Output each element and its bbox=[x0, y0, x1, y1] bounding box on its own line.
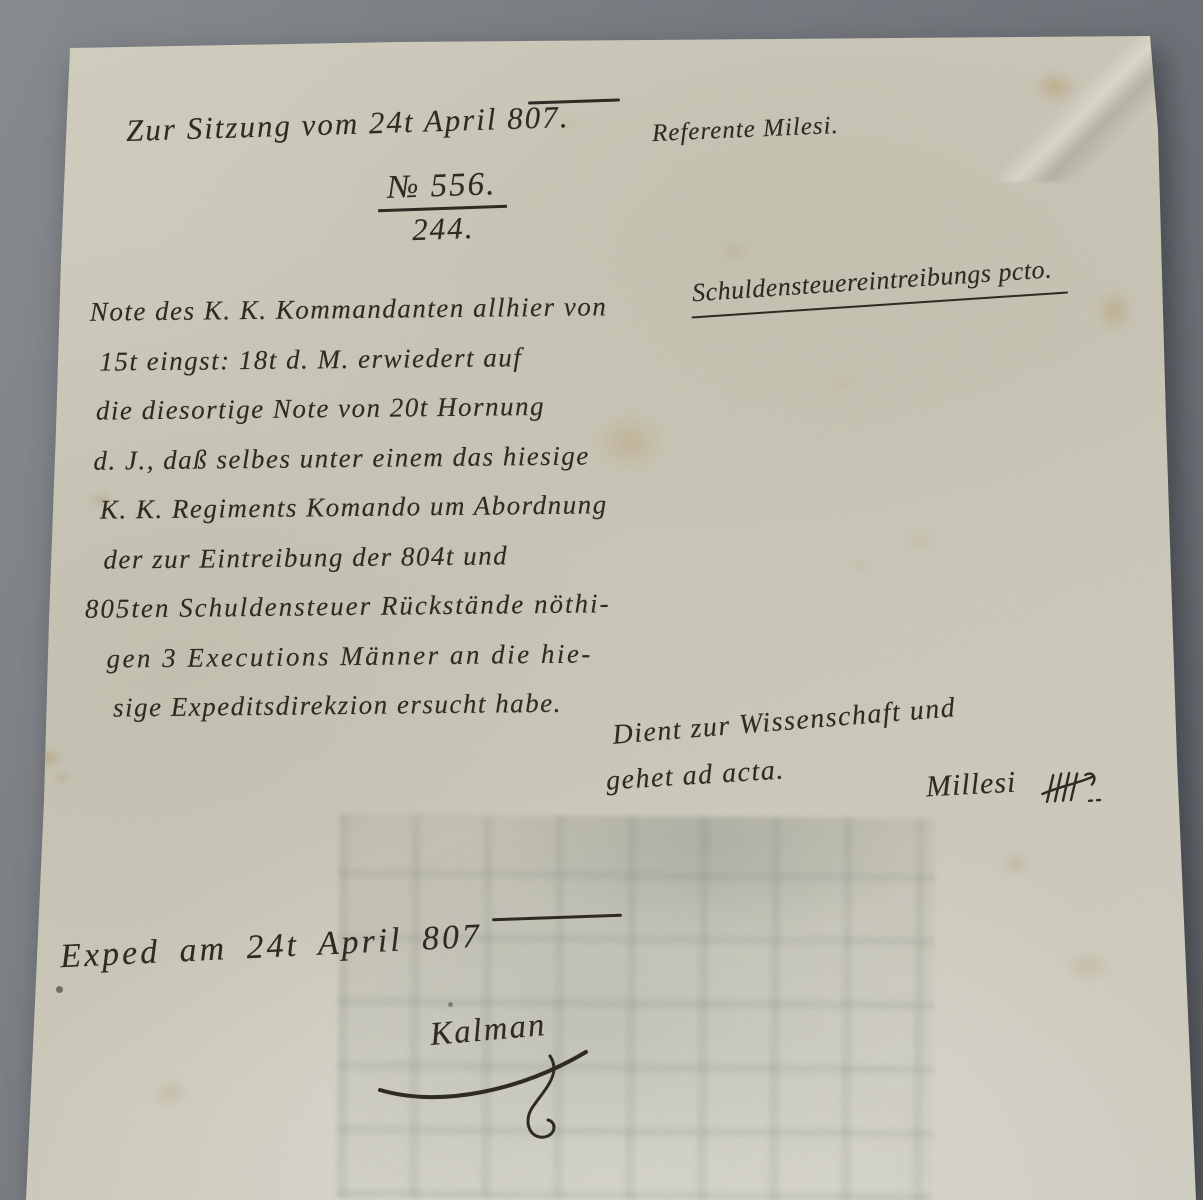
document-number: № 556. bbox=[377, 166, 508, 212]
stain bbox=[848, 556, 874, 576]
ink-speck bbox=[56, 986, 63, 993]
manuscript-line: 805ten Schuldensteuer Rückstände nöthi- bbox=[85, 588, 611, 643]
signature-paraph-flourish bbox=[1037, 762, 1106, 810]
paper-fold-crease bbox=[1000, 22, 1203, 182]
stain bbox=[902, 528, 938, 554]
stain bbox=[1032, 70, 1078, 104]
stain bbox=[1064, 948, 1112, 984]
stain bbox=[1094, 288, 1134, 334]
manuscript-line: die diesortige Note von 20t Hornung bbox=[96, 390, 609, 445]
manuscript-paper: Zur Sitzung vom 24t April 807. Referente… bbox=[0, 0, 1203, 1200]
manuscript-line: der zur Eintreibung der 804t und bbox=[103, 539, 610, 594]
stain bbox=[826, 372, 856, 394]
stain bbox=[1002, 852, 1032, 876]
signature-underline-flourish bbox=[372, 1024, 612, 1164]
manuscript-line: sige Expeditsdirekzion ersucht habe. bbox=[113, 687, 612, 742]
stain bbox=[36, 748, 62, 768]
manuscript-line: d. J., daß selbes unter einem das hiesig… bbox=[93, 440, 609, 495]
manuscript-line: gen 3 Executions Männer an die hie- bbox=[106, 638, 611, 693]
manuscript-line: 15t eingst: 18t d. M. erwiedert auf bbox=[99, 341, 608, 396]
stain bbox=[54, 772, 70, 784]
signature-millesi: Millesi bbox=[925, 766, 1017, 805]
stain bbox=[718, 240, 752, 262]
paper-shadow: Zur Sitzung vom 24t April 807. Referente… bbox=[0, 0, 1203, 1200]
document-subnumber: 244. bbox=[350, 208, 536, 250]
body-paragraph: Note des K. K. Kommandanten allhier von … bbox=[90, 291, 612, 742]
document-number-block: № 556. 244. bbox=[349, 165, 537, 250]
manuscript-line: K. K. Regiments Komando um Abordnung bbox=[100, 489, 610, 544]
photo-background: Zur Sitzung vom 24t April 807. Referente… bbox=[0, 0, 1203, 1200]
stain bbox=[150, 1078, 190, 1108]
ink-speck bbox=[448, 1002, 453, 1007]
manuscript-line: Note des K. K. Kommandanten allhier von bbox=[90, 291, 608, 346]
